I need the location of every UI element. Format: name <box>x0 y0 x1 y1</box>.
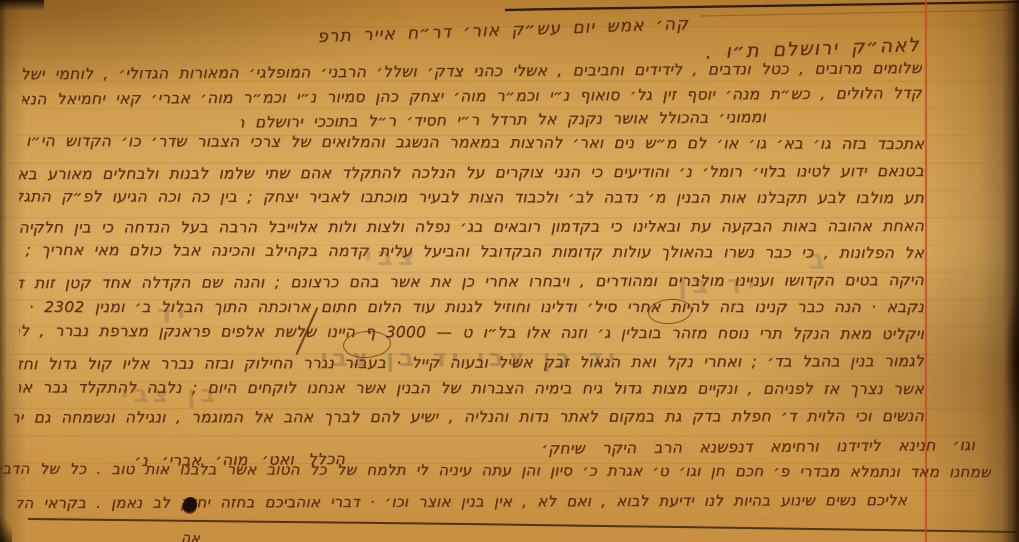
manuscript-line: האחת אהובה באות הבקעה עת ובאלינו כי בקדמ… <box>19 217 924 237</box>
signature-line: אליכם נשים שינוע בהיות לנו ידיעת לבוא , … <box>17 491 907 512</box>
manuscript-line: שמחנו מאד ונתמלא מבדרי פ׳ חכם חן וגו׳ ט׳… <box>1 460 991 481</box>
bottom-left-corner-shadow <box>0 516 12 542</box>
manuscript-line: אתכבד בזה גו׳ בא׳ גו׳ או׳ לם מ״ש נים ואר… <box>19 132 924 154</box>
top-left-corner-shadow <box>0 0 44 11</box>
manuscript-line: אשר נצרך אז לפניהם , ונקיים מצות גדול גי… <box>19 378 924 398</box>
margin-red-line <box>925 0 927 542</box>
body-line-number-3000: ויקליט מאת הנקל תרי נוסח מזהר בובלין ג׳ … <box>19 322 924 344</box>
right-edge-dark-patch <box>1004 275 1019 445</box>
right-edge-shadow <box>1002 0 1019 542</box>
body-line-number-2302: נקבא · הנה כבר קנינו בזה להיות אחרי סיל׳… <box>19 298 924 317</box>
left-edge-shadow <box>0 0 7 542</box>
closing-blessing-line: וגו׳ חנינא לידידנו ורחימא דנפשנא הרב היק… <box>540 436 975 458</box>
manuscript-line: אל הפלונות , כי כבר נשרו בהאולך עולות קד… <box>19 241 924 263</box>
manuscript-line: בטנאם ידוע לטינו בלוי׳ רומל׳ נ׳ והודיעים… <box>19 162 924 184</box>
manuscript-line: הנשים וכי הלוית ד׳ חפלת בדק גת במקום לאת… <box>14 407 924 427</box>
manuscript-page: יד בן צבי יד בן צבייד בןצביבן צביידב קה׳… <box>0 0 1019 542</box>
manuscript-line: לגמור בנין בהבל בד׳ ; ואחרי נקל ואת הגאו… <box>19 352 924 374</box>
manuscript-line: תע מולבו לבע תקבלנו אות הבנין מ׳ נדבה לב… <box>19 187 924 207</box>
manuscript-line: היקה בטים הקדושו ועניינו מולברים ומהודרי… <box>19 271 924 293</box>
